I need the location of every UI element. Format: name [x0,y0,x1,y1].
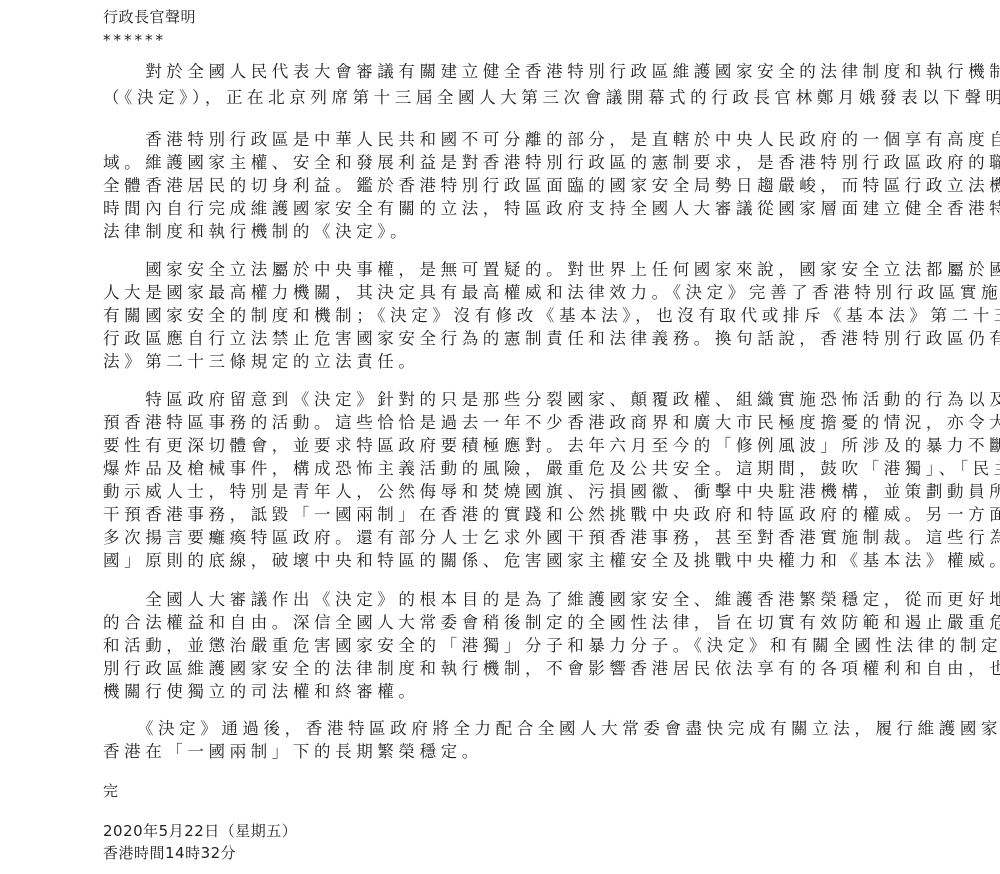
statement-date: 2020年5月22日（星期五） [103,819,297,843]
paragraph-line: 域。維護國家主權、安全和發展利益是對香港特別行政區的憲制要求，是香港特別行政區政… [103,151,1000,175]
paragraph-line: 預香港特區事務的活動。這些恰恰是過去一年不少香港政商界和廣大市民極度擔憂的情況，… [103,411,1000,435]
paragraph-line: 和活動，並懲治嚴重危害國家安全的「港獨」分子和暴力分子。《決定》和有關全國性法律… [103,634,1000,658]
paragraph-line: 全國人大審議作出《決定》的根本目的是為了維護國家安全、維護香港繁榮穩定，從而更好… [103,588,1000,612]
paragraph-line: 人大是國家最高權力機關，其決定具有最高權威和法律效力。《決定》完善了香港特別行政… [103,281,1000,305]
paragraph-line: 行政區應自行立法禁止危害國家安全行為的憲制責任和法律義務。換句話說，香港特別行政… [103,327,1000,351]
separator-stars: ****** [103,28,166,52]
paragraph-line: 特區政府留意到《決定》針對的只是那些分裂國家、顛覆政權、組織實施恐怖活動的行為以… [103,388,1000,412]
paragraph-line: 國家安全立法屬於中央事權，是無可置疑的。對世界上任何國家來說，國家安全立法都屬於… [103,258,1000,282]
paragraph-line: 動示威人士，特別是青年人，公然侮辱和焚燒國旗、污損國徽、衝擊中央駐港機構，並策劃… [103,480,1000,504]
statement-heading: 行政長官聲明 [103,5,196,29]
paragraph-line: 國」原則的底線，破壞中央和特區的關係、危害國家主權安全及挑戰中央權力和《基本法》… [103,549,1000,573]
paragraph-line: 對於全國人民代表大會審議有關建立健全香港特別行政區維護國家安全的法律制度和執行機… [103,60,1000,84]
paragraph-line: 別行政區維護國家安全的法律制度和執行機制，不會影響香港居民依法享有的各項權利和自… [103,657,1000,681]
statement-time: 香港時間14時32分 [103,841,236,865]
paragraph-line: 干預香港事務，詆毀「一國兩制」在香港的實踐和公然挑戰中央政府和特區政府的權威。另… [103,503,1000,527]
paragraph-line: 香港特別行政區是中華人民共和國不可分離的部分，是直轄於中央人民政府的一個享有高度… [103,128,1000,152]
end-mark: 完 [103,779,119,803]
paragraph-line: 要性有更深切體會，並要求特區政府要積極應對。去年六月至今的「修例風波」所涉及的暴… [103,434,1000,458]
paragraph-line: （《決定》），正在北京列席第十三屆全國人大第三次會議開幕式的行政長官林鄭月娥發表… [103,86,1000,110]
paragraph-line: 全體香港居民的切身利益。鑑於香港特別行政區面臨的國家安全局勢日趨嚴峻，而特區行政… [103,174,1000,198]
paragraph-line: 多次揚言要癱瘓特區政府。還有部分人士乞求外國干預香港事務，甚至對香港實施制裁。這… [103,526,1000,550]
paragraph-line: 香港在「一國兩制」下的長期繁榮穩定。 [103,740,483,764]
paragraph-line: 爆炸品及槍械事件，構成恐怖主義活動的風險，嚴重危及公共安全。這期間，鼓吹「港獨」… [103,457,1000,481]
paragraph-line: 時間內自行完成維護國家安全有關的立法，特區政府支持全國人大審議從國家層面建立健全… [103,197,1000,221]
paragraph-line: 法律制度和執行機制的《決定》。 [103,220,411,244]
paragraph-line: 《決定》通過後，香港特區政府將全力配合全國人大常委會盡快完成有關立法，履行維護國… [103,717,1000,741]
paragraph-line: 有關國家安全的制度和機制；《決定》沒有修改《基本法》，也沒有取代或排斥《基本法》… [103,304,1000,328]
paragraph-line: 機關行使獨立的司法權和終審權。 [103,680,420,704]
paragraph-line: 法》第二十三條規定的立法責任。 [103,350,420,374]
paragraph-line: 的合法權益和自由。深信全國人大常委會稍後制定的全國性法律，旨在切實有效防範和遏止… [103,611,1000,635]
